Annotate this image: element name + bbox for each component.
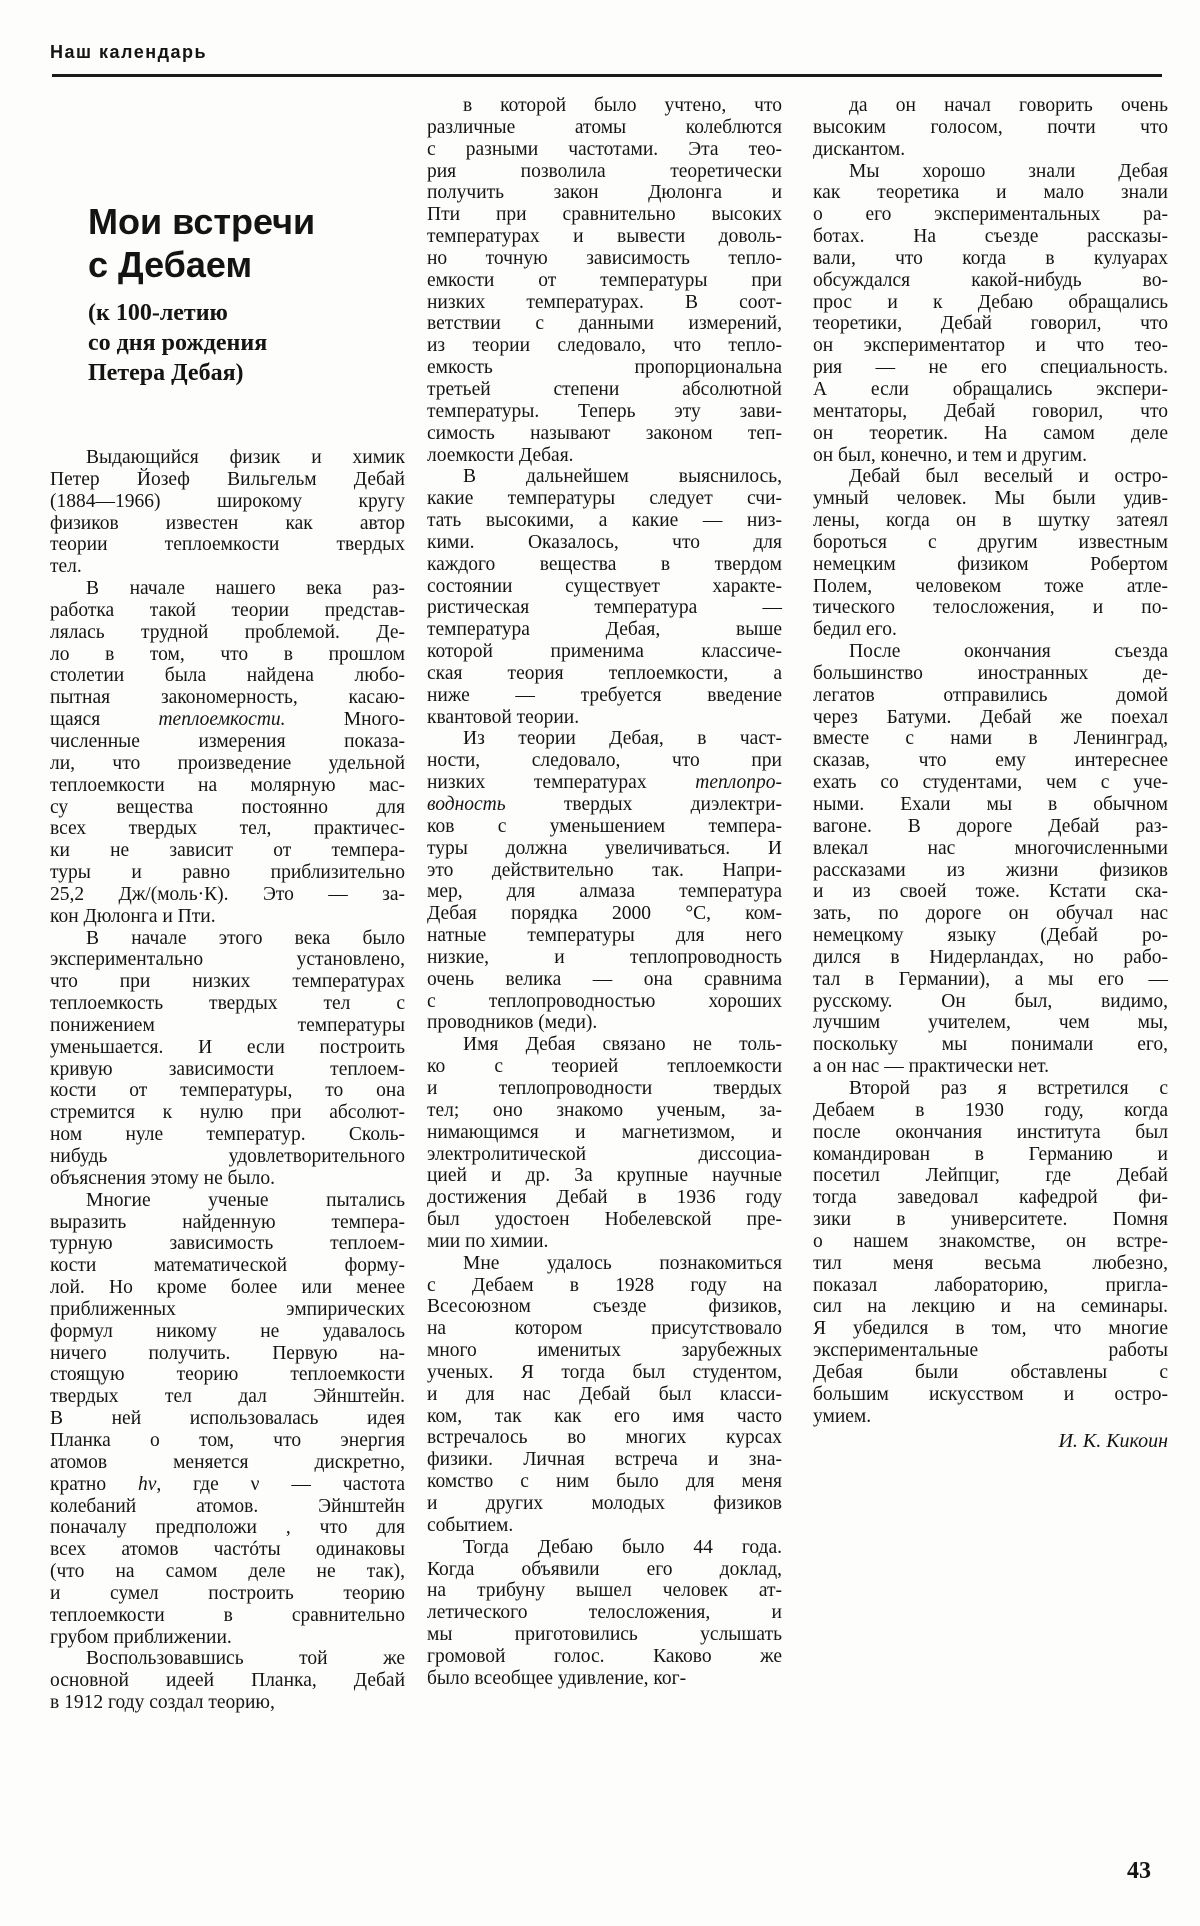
text-line: тел. [50,556,405,578]
text-line: поначалу предположи , что для [50,1517,405,1539]
text-line: ботах. На съезде рассказы- [813,226,1168,248]
text-line: было всеобщее удивление, ког- [427,1668,782,1690]
paragraph: Второй раз я встретился сДебаем в 1930 г… [813,1078,1168,1428]
text-line: событием. [427,1515,782,1537]
text-line: и для нас Дебай был класси- [427,1384,782,1406]
text-line: какие температуры следует счи- [427,488,782,510]
text-line: Дебаем в 1930 году, когда [813,1100,1168,1122]
text-line: но точную зависимость тепло- [427,248,782,270]
text-line: атомов меняется дискретно, [50,1452,405,1474]
subtitle-line: Петера Дебая) [88,358,408,388]
text-line: каждого вещества в твердом [427,554,782,576]
text-line: Полем, человеком тоже атле- [813,576,1168,598]
text-line: которой применима классиче- [427,641,782,663]
text-line: это действительно так. Напри- [427,860,782,882]
text-line: Мне удалось познакомиться [427,1253,782,1275]
text-line: формул никому не удавалось [50,1321,405,1343]
text-line: дился в Нидерландах, но рабо- [813,947,1168,969]
text-line: цией и др. За крупные научные [427,1165,782,1187]
text-line: русскому. Он был, видимо, [813,991,1168,1013]
text-line: су вещества постоянно для [50,797,405,819]
text-line: работка такой теории представ- [50,600,405,622]
text-line: посетил Лейпциг, где Дебай [813,1165,1168,1187]
text-line: щаяся теплоемкости. Много- [50,709,405,731]
text-line: В начале этого века было [50,928,405,950]
text-line: встречалось во многих курсах [427,1427,782,1449]
paragraph: После окончания съездабольшинство иностр… [813,641,1168,1078]
text-line: командирован в Германию и [813,1144,1168,1166]
text-line: с разными частотами. Эта тео- [427,139,782,161]
text-line: бедил его. [813,619,1168,641]
text-line: бороться с другим известным [813,532,1168,554]
text-line: теоретики, Дебай говорил, что [813,313,1168,335]
text-line: температурах и вывести доволь- [427,226,782,248]
text-line: Воспользовавшись той же [50,1648,405,1670]
text-line: ли, что произведение удельной [50,753,405,775]
italic-term: теплопро- [695,772,782,793]
text-line: В дальнейшем выяснилось, [427,466,782,488]
text-line: турную зависимость теплоем- [50,1233,405,1255]
paragraph: В начале нашего века раз-работка такой т… [50,578,405,928]
text-line: ными. Ехали мы в обычном [813,794,1168,816]
text-line: и теплопроводности твердых [427,1078,782,1100]
text-line: различные атомы колеблются [427,117,782,139]
text-line: ехать со студентами, чем с уче- [813,772,1168,794]
text-line: тического телосложения, и по- [813,597,1168,619]
paragraph: в которой было учтено, чторазличные атом… [427,95,782,466]
text-line: большинство иностранных де- [813,663,1168,685]
text-line: умием. [813,1406,1168,1428]
text-line: большим искусством и остро- [813,1384,1168,1406]
text-line: туры должна увеличиваться. И [427,838,782,860]
text-line: низкие, и теплопроводность [427,947,782,969]
text-line: тал в Германии), а мы его — [813,969,1168,991]
text-line: лой. Но кроме более или менее [50,1277,405,1299]
text-line: кривую зависимости теплоем- [50,1059,405,1081]
text-line: колебаний атомов. Эйнштейн [50,1496,405,1518]
text-line: в 1912 году создал теорию, [50,1692,405,1714]
text-line: кими. Оказалось, что для [427,532,782,554]
text-line: о нашем знакомстве, он встре- [813,1231,1168,1253]
text-line: Дебай был веселый и остро- [813,466,1168,488]
text-line: объяснения этому не было. [50,1168,405,1190]
text-line: нибудь удовлетворительного [50,1146,405,1168]
text-line: зать, по дороге он обучал нас [813,903,1168,925]
text-line: через Батуми. Дебай же поехал [813,707,1168,729]
text-line: и других молодых физиков [427,1493,782,1515]
text-line: емкости от температуры при [427,270,782,292]
text-line: физиков известен как автор [50,513,405,535]
text-line: нимающимся и магнетизмом, и [427,1122,782,1144]
paragraph: Дебай был веселый и остро-умный человек.… [813,466,1168,641]
paragraph: В дальнейшем выяснилось,какие температур… [427,466,782,728]
text-line: ном нуле температур. Сколь- [50,1124,405,1146]
text-line: высоким голосом, почти что [813,117,1168,139]
text-line: сил на лекцию и на семинары. [813,1296,1168,1318]
article-title: Мои встречи с Дебаем [88,200,408,286]
text-line: Из теории Дебая, в част- [427,728,782,750]
text-line: рия позволила теоретически [427,161,782,183]
text-line: умный человек. Мы были удив- [813,488,1168,510]
text-line: он теоретик. На самом деле [813,423,1168,445]
text-line: вали, что когда в кулуарах [813,248,1168,270]
text-line: температуры. Теперь эту зави- [427,401,782,423]
text-line: всех атомов частóты одинаковы [50,1539,405,1561]
text-line: кратно hν, где ν — частота [50,1474,405,1496]
text-line: стремится к нулю при абсолют- [50,1102,405,1124]
text-line: из теории следовало, что тепло- [427,335,782,357]
subtitle-line: со дня рождения [88,328,408,358]
header-rule [52,74,1162,77]
article-subtitle: (к 100-летию со дня рождения Петера Деба… [88,298,408,388]
text-line: ков с уменьшением темпера- [427,816,782,838]
text-line: немецкому языку (Дебай ро- [813,925,1168,947]
text-line: кости от температуры, то она [50,1080,405,1102]
text-line: тел; оно знакомо ученым, за- [427,1100,782,1122]
italic-term: теплоемкости. [158,709,285,730]
text-line: физики. Личная встреча и зна- [427,1449,782,1471]
text-line: ниже — требуется введение [427,685,782,707]
text-line: Когда объявили его доклад, [427,1559,782,1581]
text-line: стоящую теорию теплоемкости [50,1364,405,1386]
paragraph: Воспользовавшись той жеосновной идеей Пл… [50,1648,405,1714]
text-line: Пти при сравнительно высоких [427,204,782,226]
text-line: ская теория теплоемкости, а [427,663,782,685]
text-line: громовой голос. Каково же [427,1646,782,1668]
text-line: кон Дюлонга и Пти. [50,906,405,928]
column-3-body: да он начал говорить оченьвысоким голосо… [813,95,1168,1427]
text-line: лены, когда он в шутку затеял [813,510,1168,532]
text-line: ничего получить. Первую на- [50,1343,405,1365]
text-line: туры и равно приблизительно [50,862,405,884]
text-line: дискантом. [813,139,1168,161]
text-line: был удостоен Нобелевской пре- [427,1209,782,1231]
text-line: емкость пропорциональна [427,357,782,379]
text-line: всех твердых тел, практичес- [50,818,405,840]
text-line: основной идеей Планка, Дебай [50,1670,405,1692]
text-line: достижения Дебай в 1936 году [427,1187,782,1209]
text-line: ком, так как его имя часто [427,1406,782,1428]
text-line: Я убедился в том, что многие [813,1318,1168,1340]
paragraph: Тогда Дебаю было 44 года.Когда объявили … [427,1537,782,1690]
italic-term: водность [427,794,506,815]
text-line: приближенных эмпирических [50,1299,405,1321]
text-line: водность твердых диэлектри- [427,794,782,816]
text-line: ученых. Я тогда был студентом, [427,1362,782,1384]
text-line: лучшим учителем, чем мы, [813,1012,1168,1034]
paragraph: Мы хорошо знали Дебаякак теоретика и мал… [813,161,1168,467]
text-line: вагоне. В дороге Дебай раз- [813,816,1168,838]
text-line: что при низких температурах [50,971,405,993]
text-line: получить закон Дюлонга и [427,182,782,204]
text-line: в которой было учтено, что [427,95,782,117]
text-column-2: в которой было учтено, чторазличные атом… [427,95,782,1690]
text-line: мер, для алмаза температура [427,881,782,903]
text-line: Выдающийся физик и химик [50,447,405,469]
text-line: теплоемкость твердых тел с [50,993,405,1015]
text-line: тать высокими, а какие — низ- [427,510,782,532]
text-line: с Дебаем в 1928 году на [427,1275,782,1297]
text-line: понижением температуры [50,1015,405,1037]
paragraph: Выдающийся физик и химикПетер Йозеф Виль… [50,447,405,578]
text-line: ко с теорией теплоемкости [427,1056,782,1078]
text-line: Всесоюзном съезде физиков, [427,1296,782,1318]
italic-term: hν [138,1474,156,1495]
page-number: 43 [1127,1858,1151,1885]
text-line: теплоемкости на молярную мас- [50,775,405,797]
text-line: численные измерения показа- [50,731,405,753]
text-line: мы приготовились услышать [427,1624,782,1646]
text-line: немецким физиком Робертом [813,554,1168,576]
text-line: В начале нашего века раз- [50,578,405,600]
text-line: Имя Дебая связано не толь- [427,1034,782,1056]
text-line: ристическая температура — [427,597,782,619]
text-line: симость называют законом теп- [427,423,782,445]
title-line: Мои встречи [88,200,408,243]
text-line: о его экспериментальных ра- [813,204,1168,226]
text-column-1: Выдающийся физик и химикПетер Йозеф Виль… [50,447,405,1714]
article-heading: Мои встречи с Дебаем (к 100-летию со дня… [88,200,408,388]
text-line: экспериментально установлено, [50,949,405,971]
text-line: и из своей тоже. Кстати ска- [813,881,1168,903]
text-line: и сумел построить теорию [50,1583,405,1605]
text-column-3: да он начал говорить оченьвысоким голосо… [813,95,1168,1453]
text-line: влекал нас многочисленными [813,838,1168,860]
text-line: натные температуры для него [427,925,782,947]
text-line: 25,2 Дж/(моль·К). Это — за- [50,884,405,906]
text-line: Второй раз я встретился с [813,1078,1168,1100]
text-line: Тогда Дебаю было 44 года. [427,1537,782,1559]
text-line: рассказами из жизни физиков [813,860,1168,882]
author-signature: И. К. Кикоин [813,1431,1168,1453]
text-line: После окончания съезда [813,641,1168,663]
text-line: комство с ним было для меня [427,1471,782,1493]
text-line: твердых тел дал Эйнштейн. [50,1386,405,1408]
text-line: уменьшается. И если построить [50,1037,405,1059]
text-line: Многие ученые пытались [50,1190,405,1212]
text-line: кости математической форму- [50,1255,405,1277]
text-line: столетии была найдена любо- [50,665,405,687]
text-line: показал лабораторию, пригла- [813,1275,1168,1297]
text-line: экспериментальные работы [813,1340,1168,1362]
text-line: ло в том, что в прошлом [50,644,405,666]
text-line: Дебая порядка 2000 °С, ком- [427,903,782,925]
text-line: выразить найденную темпера- [50,1212,405,1234]
text-line: Мы хорошо знали Дебая [813,161,1168,183]
text-line: да он начал говорить очень [813,95,1168,117]
text-line: (что на самом деле не так), [50,1561,405,1583]
text-line: Петер Йозеф Вильгельм Дебай [50,469,405,491]
text-line: легатов отправились домой [813,685,1168,707]
text-line: на трибуну вышел человек ат- [427,1580,782,1602]
text-line: Дебая были обставлены с [813,1362,1168,1384]
text-line: ветствии с данными измерений, [427,313,782,335]
text-line: (1884—1966) широкому кругу [50,491,405,513]
text-line: тил меня весьма любезно, [813,1253,1168,1275]
text-line: А если обращались экспери- [813,379,1168,401]
text-line: рия — не его специальность. [813,357,1168,379]
text-line: грубом приближении. [50,1627,405,1649]
text-line: после окончания института был [813,1122,1168,1144]
text-line: температура Дебая, выше [427,619,782,641]
text-line: теплоемкости в сравнительно [50,1605,405,1627]
text-line: летического телосложения, и [427,1602,782,1624]
text-line: на котором присутствовало [427,1318,782,1340]
text-line: он был, конечно, и тем и другим. [813,445,1168,467]
text-line: а он нас — практически нет. [813,1056,1168,1078]
text-line: квантовой теории. [427,707,782,729]
text-line: сказав, что ему интереснее [813,750,1168,772]
text-line: очень велика — она сравнима [427,969,782,991]
title-line: с Дебаем [88,243,408,286]
text-line: лоемкости Дебая. [427,445,782,467]
text-line: пытная закономерность, касаю- [50,687,405,709]
text-line: низких температурах теплопро- [427,772,782,794]
paragraph: Мне удалось познакомитьсяс Дебаем в 1928… [427,1253,782,1537]
text-line: ности, следовало, что при [427,750,782,772]
text-line: обсуждался какой-нибудь во- [813,270,1168,292]
section-rubric: Наш календарь [50,42,207,63]
text-line: электролитической диссоциа- [427,1144,782,1166]
text-line: ментаторы, Дебай говорил, что [813,401,1168,423]
paragraph: Имя Дебая связано не толь-ко с теорией т… [427,1034,782,1252]
text-line: проводников (меди). [427,1012,782,1034]
text-line: зики в университете. Помня [813,1209,1168,1231]
text-line: много именитых зарубежных [427,1340,782,1362]
paragraph: да он начал говорить оченьвысоким голосо… [813,95,1168,161]
text-line: третьей степени абсолютной [427,379,782,401]
text-line: мии по химии. [427,1231,782,1253]
text-line: как теоретика и мало знали [813,182,1168,204]
paragraph: Многие ученые пыталисьвыразить найденную… [50,1190,405,1649]
text-line: теории теплоемкости твердых [50,534,405,556]
text-line: с теплопроводностью хороших [427,991,782,1013]
paragraph: Из теории Дебая, в част-ности, следовало… [427,728,782,1034]
text-line: тогда заведовал кафедрой фи- [813,1187,1168,1209]
text-line: состоянии существует характе- [427,576,782,598]
text-line: вместе с нами в Ленинград, [813,728,1168,750]
text-line: он экспериментатор и что тео- [813,335,1168,357]
text-line: ки не зависит от темпера- [50,840,405,862]
text-line: прос и к Дебаю обращались [813,292,1168,314]
text-line: низких температурах. В соот- [427,292,782,314]
paragraph: В начале этого века былоэкспериментально… [50,928,405,1190]
text-line: Планка о том, что энергия [50,1430,405,1452]
text-line: лялась трудной проблемой. Де- [50,622,405,644]
text-line: поскольку мы понимали его, [813,1034,1168,1056]
subtitle-line: (к 100-летию [88,298,408,328]
text-line: В ней использовалась идея [50,1408,405,1430]
